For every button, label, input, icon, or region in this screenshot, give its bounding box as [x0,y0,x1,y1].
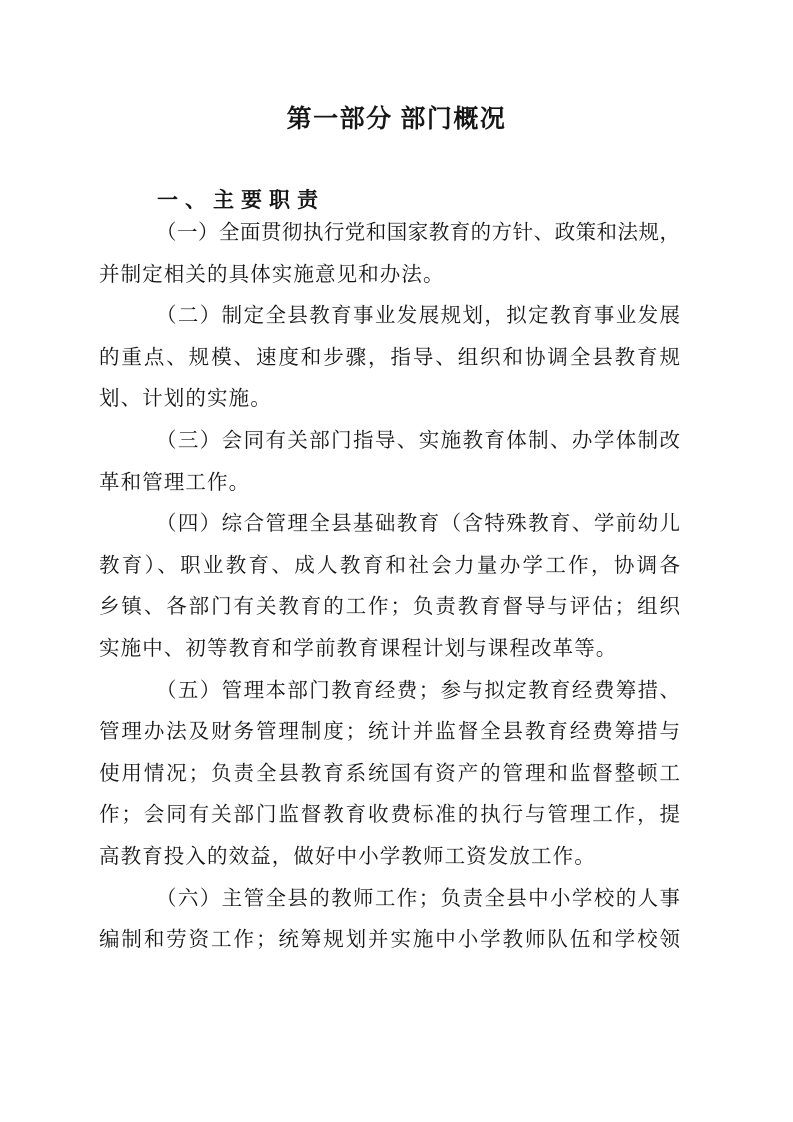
paragraph-5: （五）管理本部门教育经费；参与拟定教育经费筹措、 管理办法及财务管理制度；统计并… [99,671,680,879]
paragraph-line: 革和管理工作。 [99,463,680,505]
paragraph-3: （三）会同有关部门指导、实施教育体制、办学体制改 革和管理工作。 [99,421,680,504]
paragraph-line: （五）管理本部门教育经费；参与拟定教育经费筹措、 [99,671,680,713]
document-page: 第一部分 部门概况 一、主要职责 （一）全面贯彻执行党和国家教育的方针、政策和法… [0,0,793,1122]
paragraph-line: 作；会同有关部门监督教育收费标准的执行与管理工作，提 [99,795,680,837]
paragraph-line: 管理办法及财务管理制度；统计并监督全县教育经费筹措与 [99,712,680,754]
paragraph-1: （一）全面贯彻执行党和国家教育的方针、政策和法规， 并制定相关的具体实施意见和办… [99,213,680,296]
paragraph-line: 实施中、初等教育和学前教育课程计划与课程改革等。 [99,629,680,671]
paragraph-line: （二）制定全县教育事业发展规划，拟定教育事业发展 [99,296,680,338]
section-heading: 一、主要职责 [157,184,325,214]
document-body: （一）全面贯彻执行党和国家教育的方针、政策和法规， 并制定相关的具体实施意见和办… [99,213,680,962]
paragraph-6: （六）主管全县的教师工作；负责全县中小学校的人事 编制和劳资工作；统筹规划并实施… [99,879,680,962]
paragraph-line: 划、计划的实施。 [99,379,680,421]
document-title: 第一部分 部门概况 [0,99,793,135]
paragraph-line: 高教育投入的效益，做好中小学教师工资发放工作。 [99,837,680,879]
paragraph-line: （一）全面贯彻执行党和国家教育的方针、政策和法规， [99,213,680,255]
paragraph-line: 教育）、职业教育、成人教育和社会力量办学工作，协调各 [99,546,680,588]
paragraph-4: （四）综合管理全县基础教育（含特殊教育、学前幼儿 教育）、职业教育、成人教育和社… [99,504,680,670]
paragraph-line: 使用情况；负责全县教育系统国有资产的管理和监督整顿工 [99,754,680,796]
paragraph-line: （三）会同有关部门指导、实施教育体制、办学体制改 [99,421,680,463]
paragraph-line: （六）主管全县的教师工作；负责全县中小学校的人事 [99,879,680,921]
paragraph-line: 编制和劳资工作；统筹规划并实施中小学教师队伍和学校领 [99,920,680,962]
paragraph-line: 并制定相关的具体实施意见和办法。 [99,255,680,297]
paragraph-2: （二）制定全县教育事业发展规划，拟定教育事业发展 的重点、规模、速度和步骤，指导… [99,296,680,421]
paragraph-line: 乡镇、各部门有关教育的工作；负责教育督导与评估；组织 [99,587,680,629]
paragraph-line: 的重点、规模、速度和步骤，指导、组织和协调全县教育规 [99,338,680,380]
paragraph-line: （四）综合管理全县基础教育（含特殊教育、学前幼儿 [99,504,680,546]
